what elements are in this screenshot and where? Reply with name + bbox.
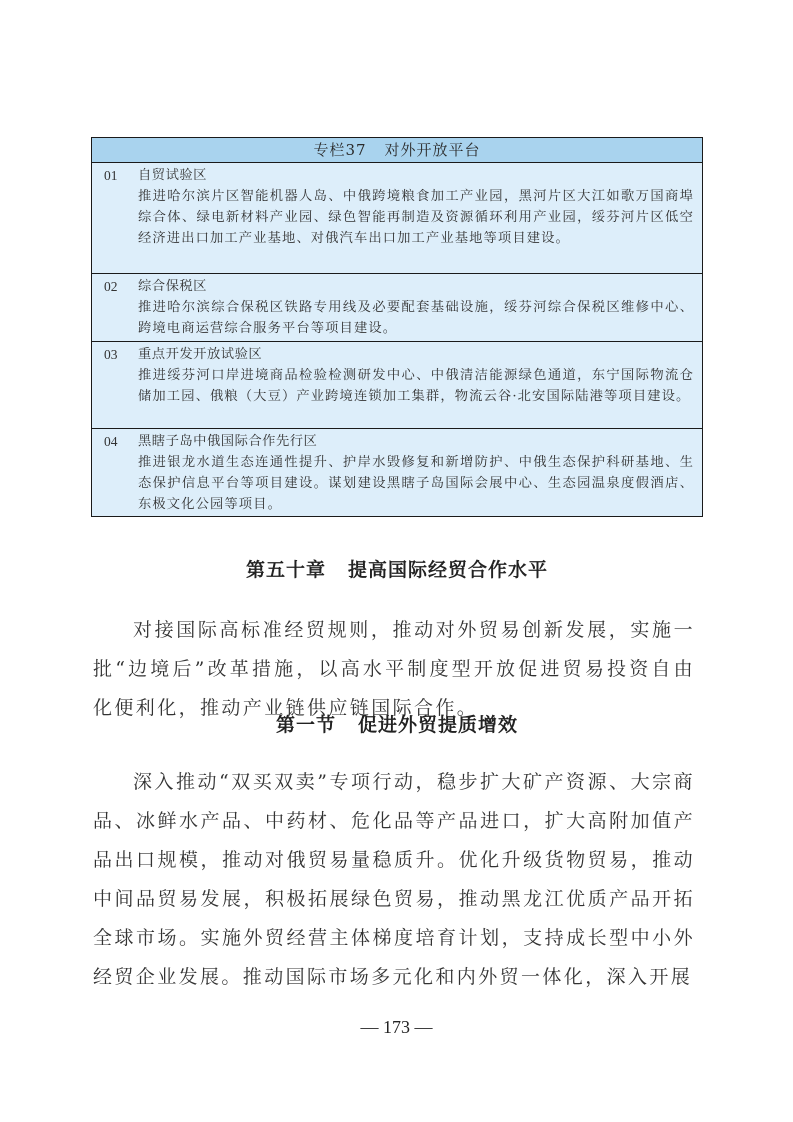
item-title: 重点开发开放试验区 [138, 344, 694, 365]
section-title: 促进外贸提质增效 [358, 714, 518, 736]
item-description: 推进哈尔滨片区智能机器人岛、中俄跨境粮食加工产业园，黑河片区大江如歌万国商埠综合… [138, 186, 694, 249]
item-title: 黑瞎子岛中俄国际合作先行区 [138, 431, 694, 452]
page-number: — 173 — [0, 1017, 793, 1038]
chapter-title: 提高国际经贸合作水平 [348, 559, 548, 581]
section-heading: 第一节促进外贸提质增效 [91, 710, 703, 737]
feature-box-title: 对外开放平台 [385, 141, 481, 159]
item-title: 综合保税区 [138, 276, 694, 297]
item-description: 推进哈尔滨综合保税区铁路专用线及必要配套基础设施，绥芬河综合保税区维修中心、跨境… [138, 297, 694, 339]
item-number: 01 [104, 165, 118, 186]
feature-box-item: 01 自贸试验区 推进哈尔滨片区智能机器人岛、中俄跨境粮食加工产业园，黑河片区大… [92, 163, 702, 274]
chapter-heading: 第五十章提高国际经贸合作水平 [91, 555, 703, 582]
chapter-label: 第五十章 [246, 559, 326, 581]
item-description: 推进绥芬河口岸进境商品检验检测研发中心、中俄清洁能源绿色通道，东宁国际物流仓储加… [138, 365, 694, 407]
feature-box-open-platforms: 专栏37对外开放平台 01 自贸试验区 推进哈尔滨片区智能机器人岛、中俄跨境粮食… [91, 137, 703, 517]
feature-box-item: 02 综合保税区 推进哈尔滨综合保税区铁路专用线及必要配套基础设施，绥芬河综合保… [92, 274, 702, 342]
feature-box-item: 03 重点开发开放试验区 推进绥芬河口岸进境商品检验检测研发中心、中俄清洁能源绿… [92, 342, 702, 429]
item-description: 推进银龙水道生态连通性提升、护岸水毁修复和新增防护、中俄生态保护科研基地、生态保… [138, 452, 694, 515]
item-number: 04 [104, 431, 118, 452]
feature-box-header: 专栏37对外开放平台 [92, 138, 702, 163]
section-body-paragraph: 深入推动“双买双卖”专项行动，稳步扩大矿产资源、大宗商品、冰鲜水产品、中药材、危… [93, 763, 695, 997]
item-title: 自贸试验区 [138, 165, 694, 186]
item-number: 02 [104, 276, 118, 297]
section-label: 第一节 [276, 714, 336, 736]
feature-box-number: 专栏37 [313, 141, 366, 159]
feature-box-item: 04 黑瞎子岛中俄国际合作先行区 推进银龙水道生态连通性提升、护岸水毁修复和新增… [92, 429, 702, 516]
item-number: 03 [104, 344, 118, 365]
